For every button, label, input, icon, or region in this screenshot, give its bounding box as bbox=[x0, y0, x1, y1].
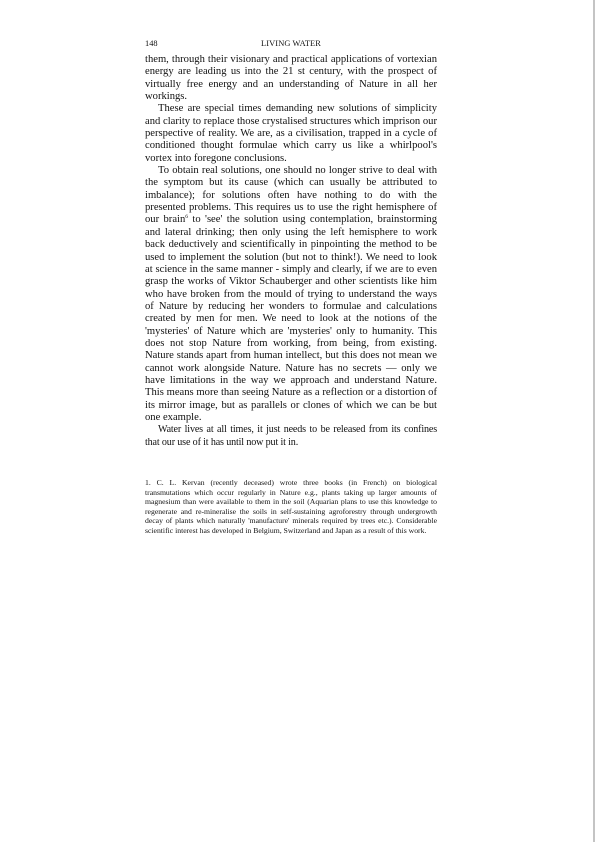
body-text: them, through their visionary and practi… bbox=[145, 54, 437, 449]
paragraph-3: To obtain real solutions, one should no … bbox=[145, 165, 437, 424]
paragraph-1: them, through their visionary and practi… bbox=[145, 54, 437, 103]
paragraph-4: Water lives at all times, it just needs … bbox=[145, 424, 437, 449]
running-head-title: LIVING WATER bbox=[145, 38, 437, 50]
footnote-1: 1. C. L. Kervan (recently deceased) wrot… bbox=[145, 478, 437, 536]
paragraph-3-text-after-ref: to 'see' the solution using contemplatio… bbox=[145, 214, 437, 423]
running-head: 148 LIVING WATER bbox=[145, 38, 437, 50]
paragraph-2: These are special times demanding new so… bbox=[145, 103, 437, 165]
footnotes: 1. C. L. Kervan (recently deceased) wrot… bbox=[145, 478, 437, 536]
book-page: 148 LIVING WATER them, through their vis… bbox=[145, 38, 437, 536]
